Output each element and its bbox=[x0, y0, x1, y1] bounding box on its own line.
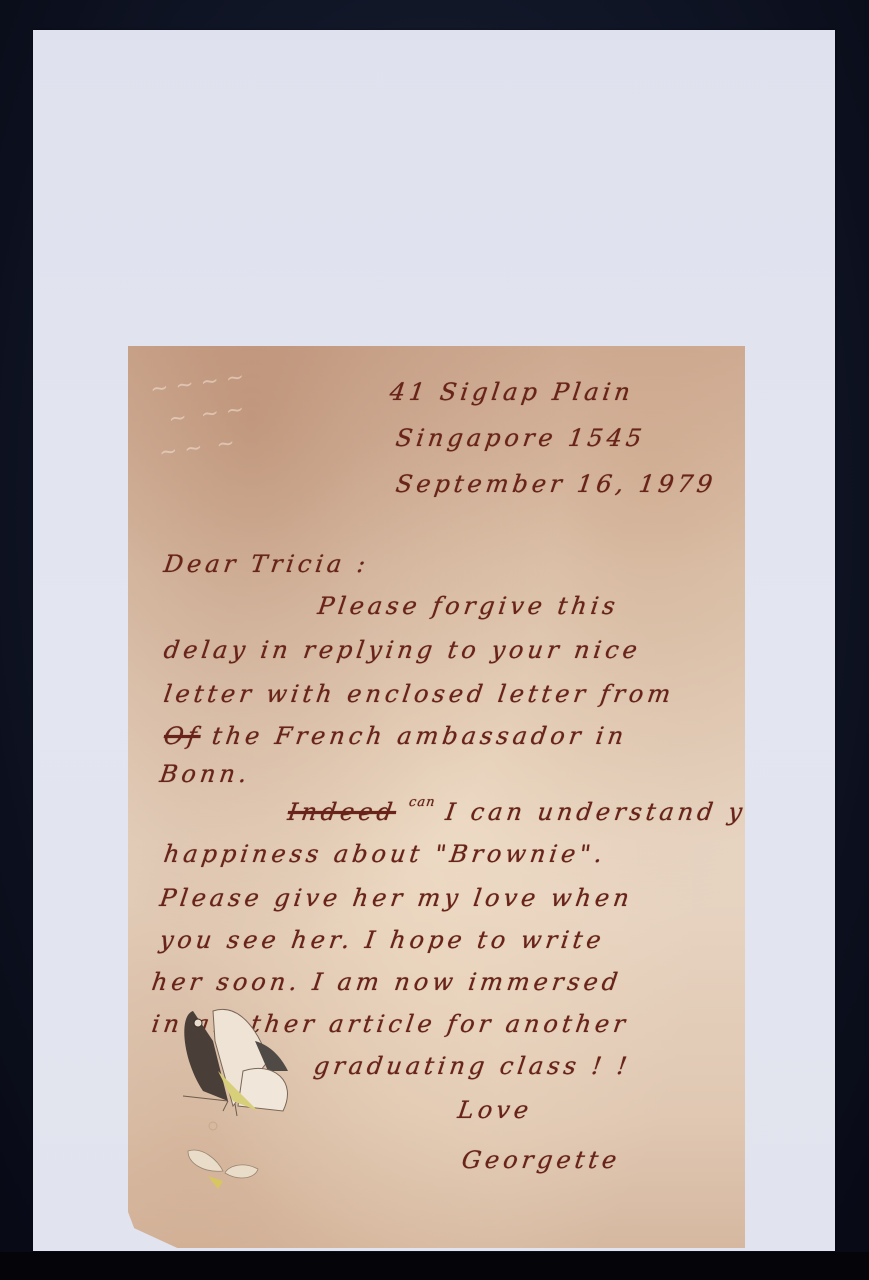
address-line-1: 41 Siglap Plain bbox=[388, 378, 636, 406]
salutation: Dear Tricia : bbox=[162, 550, 371, 578]
body-line-2: delay in replying to your nice bbox=[162, 636, 643, 664]
body-line-1: Please forgive this bbox=[316, 592, 621, 620]
struck-word: Indeed bbox=[286, 798, 398, 826]
body-line-12: graduating class ! ! bbox=[312, 1052, 633, 1080]
letter-paper: ~ ~ ~ ~ ~ ~ ~~ ~ ~ 41 Siglap Plain Singa… bbox=[128, 346, 745, 1248]
letter-date: September 16, 1979 bbox=[394, 470, 718, 498]
struck-word: Of bbox=[162, 722, 202, 750]
body-line-5: Bonn. bbox=[158, 760, 253, 788]
body-line-10: her soon. I am now immersed bbox=[150, 968, 623, 996]
body-line-3: letter with enclosed letter from bbox=[162, 680, 676, 708]
watermark-script: ~ ~ ~ ~ ~ ~ ~~ ~ ~ bbox=[148, 339, 428, 534]
butterfly-illustration-icon bbox=[173, 1001, 323, 1201]
closing: Love bbox=[456, 1096, 534, 1124]
body-line-7: happiness about "Brownie". bbox=[162, 840, 608, 868]
body-line-4: the French ambassador in bbox=[210, 722, 629, 750]
inserted-word: can bbox=[408, 795, 437, 810]
body-line-8: Please give her my love when bbox=[158, 884, 635, 912]
address-line-2: Singapore 1545 bbox=[394, 424, 647, 452]
signature: Georgette bbox=[460, 1146, 622, 1174]
body-line-9: you see her. I hope to write bbox=[158, 926, 607, 954]
background-bottom-band bbox=[0, 1252, 869, 1280]
